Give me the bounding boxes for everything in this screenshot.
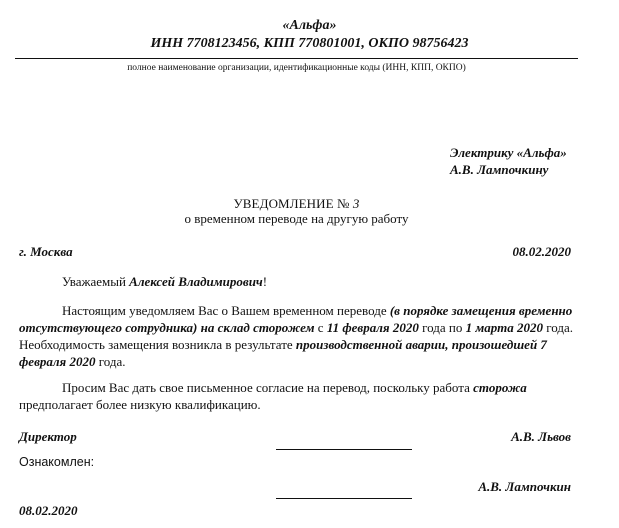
acknowledgement-date: 08.02.2020 — [19, 502, 78, 519]
p1-text-3: года по — [419, 320, 466, 335]
city: г. Москва — [19, 243, 73, 260]
p1-end-date: 1 марта 2020 — [466, 320, 543, 335]
p1-text-1: Настоящим уведомляем Вас о Вашем временн… — [62, 303, 390, 318]
organization-name: «Альфа» — [0, 17, 619, 34]
addressee-position: Электрику «Альфа» — [450, 144, 567, 161]
acknowledged-label: Ознакомлен: — [19, 454, 94, 470]
greeting-name: Алексей Владимирович — [129, 274, 263, 289]
document-date: 08.02.2020 — [513, 243, 572, 260]
p2-text-2: предполагает более низкую квалификацию. — [19, 397, 261, 412]
body-paragraph-2: Просим Вас дать свое письменное согласие… — [19, 379, 575, 413]
greeting-prefix: Уважаемый — [62, 274, 129, 289]
employee-signature-line — [276, 498, 412, 499]
document-subtitle: о временном переводе на другую работу — [0, 211, 593, 227]
body-paragraph-1: Настоящим уведомляем Вас о Вашем временн… — [19, 302, 575, 370]
document-title: УВЕДОМЛЕНИЕ № 3 — [0, 196, 593, 212]
greeting-suffix: ! — [263, 274, 267, 289]
organization-codes: ИНН 7708123456, КПП 770801001, ОКПО 9875… — [0, 35, 619, 52]
greeting: Уважаемый Алексей Владимирович! — [62, 273, 267, 290]
title-number: 3 — [353, 196, 360, 211]
header-divider — [15, 58, 578, 59]
p2-text-1: Просим Вас дать свое письменное согласие… — [62, 380, 473, 395]
employee-name: А.В. Лампочкин — [478, 478, 571, 495]
director-label: Директор — [19, 428, 77, 445]
p2-emphasis-job: сторожа — [473, 380, 527, 395]
director-signature-line — [276, 449, 412, 450]
p1-text-2: с — [315, 320, 327, 335]
addressee-name: А.В. Лампочкину — [450, 161, 567, 178]
header-caption: полное наименование организации, идентиф… — [0, 62, 593, 74]
title-label: УВЕДОМЛЕНИЕ № — [233, 196, 352, 211]
p1-start-date: 11 февраля 2020 — [327, 320, 419, 335]
p1-text-5: года. — [96, 354, 126, 369]
addressee-block: Электрику «Альфа» А.В. Лампочкину — [450, 144, 567, 178]
director-name: А.В. Львов — [511, 428, 571, 445]
